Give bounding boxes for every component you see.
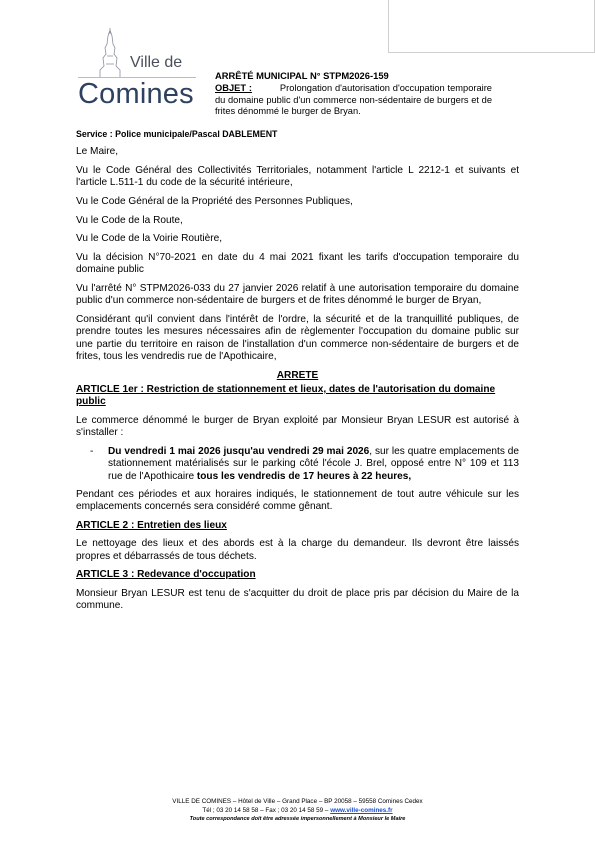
preamble-item: Vu le Code de la Voirie Routière, (76, 233, 519, 245)
article-1-bullet: - Du vendredi 1 mai 2026 jusqu'au vendre… (76, 446, 519, 483)
logo-text-comines: Comines (78, 78, 194, 111)
page-footer: VILLE DE COMINES – Hôtel de Ville – Gran… (0, 797, 595, 824)
service-line: Service : Police municipale/Pascal DABLE… (76, 128, 519, 140)
article-2-heading: ARTICLE 2 : Entretien des lieux (76, 520, 519, 532)
article-1-intro: Le commerce dénommé le burger de Bryan e… (76, 415, 519, 440)
preamble-mayor: Le Maire, (76, 146, 519, 158)
bullet-dash: - (76, 446, 108, 483)
preamble-item: Vu le Code Général des Collectivités Ter… (76, 165, 519, 190)
logo-text-ville: Ville de (130, 54, 182, 72)
preamble-item: Vu le Code de la Route, (76, 215, 519, 227)
preamble-item: Vu le Code Général de la Propriété des P… (76, 196, 519, 208)
article-3-heading: ARTICLE 3 : Redevance d'occupation (76, 569, 519, 581)
registration-stamp-box (388, 0, 595, 53)
footer-phone-fax: Tél ; 03 20 14 58 58 – Fax ; 03 20 14 58… (202, 807, 330, 814)
subject-label: OBJET : (215, 83, 252, 93)
bullet-hours: tous les vendredis de 17 heures à 22 heu… (197, 471, 411, 482)
footer-address: VILLE DE COMINES – Hôtel de Ville – Gran… (0, 797, 595, 806)
bullet-text: Du vendredi 1 mai 2026 jusqu'au vendredi… (108, 446, 519, 483)
subject-text: Prolongation d'autorisation d'occupation… (215, 83, 492, 116)
article-3-text: Monsieur Bryan LESUR est tenu de s'acqui… (76, 588, 519, 613)
document-title: ARRÊTÉ MUNICIPAL N° STPM2026-159 (215, 70, 389, 81)
preamble-considering: Considérant qu'il convient dans l'intérê… (76, 314, 519, 364)
article-1-heading: ARTICLE 1er : Restriction de stationneme… (76, 384, 519, 409)
bullet-dates: Du vendredi 1 mai 2026 jusqu'au vendredi… (108, 446, 369, 457)
city-logo: Ville de Comines (78, 26, 203, 108)
preamble-item: Vu la décision N°70-2021 en date du 4 ma… (76, 252, 519, 277)
church-tower-icon (95, 26, 125, 78)
arrete-heading: ARRETE (76, 370, 519, 382)
footer-note: Toute correspondance doit être adressée … (0, 815, 595, 824)
article-2-text: Le nettoyage des lieux et des abords est… (76, 538, 519, 563)
preamble-item: Vu l'arrêté N° STPM2026-033 du 27 janvie… (76, 283, 519, 308)
website-link[interactable]: www.ville-comines.fr (330, 807, 392, 814)
article-1-parking-note: Pendant ces périodes et aux horaires ind… (76, 489, 519, 514)
document-body: Service : Police municipale/Pascal DABLE… (76, 128, 519, 619)
footer-contact: Tél ; 03 20 14 58 58 – Fax ; 03 20 14 58… (0, 806, 595, 815)
document-subject: OBJET :Prolongation d'autorisation d'occ… (215, 83, 492, 118)
